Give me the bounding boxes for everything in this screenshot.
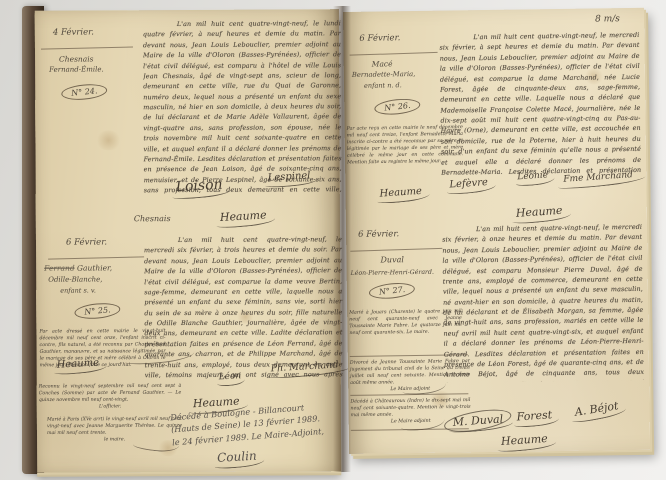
act24-date: 4 Février. [53,27,94,37]
act26-signature-leonie: Léonie [517,170,548,182]
act27-registrar-signature: Heaume [501,432,548,448]
mention-text: Marié à Paris (XVe arrt) le vingt-neuf a… [47,416,182,435]
act27-name-2: Léon-Pierre-Henri-Gérard. [351,269,434,277]
mention-closing: L'officier. [39,403,182,410]
right-page: 8 m/s 6 Février. Macé Bernadette-Maria, … [343,8,650,454]
act25-name-3: enfant s. v. [60,286,96,294]
act26-body: L'an mil huit cent quatre-vingt-neuf, le… [439,30,641,179]
act26-registrar-signature: Heaume [515,204,562,220]
act27-signature-duval: M. Duval [452,412,503,428]
margin-rule [48,256,144,259]
act27-signature-forest: Forest [516,408,552,423]
margin-rule [41,46,133,49]
act24-registrar-signature: Heaume [220,208,267,224]
act27-number: N° 27. [368,281,416,301]
act24-catchword: Chesnais [134,214,171,223]
act25-date: 6 Février. [66,237,107,247]
act25-margin-note-signature: Heaume [56,357,99,370]
act26-name-3: enfant n. d. [364,81,402,90]
act24-number: N° 24. [61,82,108,101]
act27-signature-bejot: A. Béjot [574,399,619,419]
act26-margin-note-signature: Heaume [379,186,422,200]
act26-number: N° 26. [374,97,422,117]
struck-name: Ferrand [44,264,75,273]
death-mention-signature: Coulin [217,449,257,465]
margin-rule [350,52,438,56]
act25-name-1: Ferrand Gauthier, [44,263,112,272]
act26-date: 6 Février. [359,33,400,44]
act25-number: N° 25. [74,301,121,320]
act26-signature-lefevre: Lefèvre [449,177,488,191]
bottom-mention-1: Reconnu le vingt-neuf septembre mil neuf… [39,383,182,411]
act27-body: L'an mil huit cent quatre-vingt-neuf, le… [442,222,644,383]
margin-rule [350,248,442,252]
act25-signature-leon: Léon [218,371,241,382]
act26-name-1: Macé [372,59,393,68]
register-photo: 4 Février. Chesnais Fernand-Émile. N° 24… [0,0,666,480]
mention-text: Reconnu le vingt-neuf septembre mil neuf… [39,383,182,402]
act25-surname: Gauthier, [77,263,112,272]
folio-number: 8 m/s [595,14,620,24]
bottom-mention-2: Marié à Paris (XVe arrt) le vingt-neuf a… [47,416,182,444]
act27-name-1: Duval [380,255,404,264]
act24-body: L'an mil huit cent quatre-vingt-neuf, le… [143,18,342,195]
act24-signature-lespinel: Lespinel [267,170,310,183]
left-page: 4 Février. Chesnais Fernand-Émile. N° 24… [35,9,341,473]
act24-name-1: Chesnais [59,54,93,63]
act24-name-2: Fernand-Émile. [49,65,104,73]
act27-date: 6 Février. [358,229,399,240]
act24-signature-loison: Loison [175,177,223,196]
act26-name-2: Bernadette-Maria, [352,70,416,79]
mention-text: Décédé à Châteauroux (Indre) le dix-sept… [350,397,470,417]
act25-name-2: Odille-Blanche, [48,275,102,283]
